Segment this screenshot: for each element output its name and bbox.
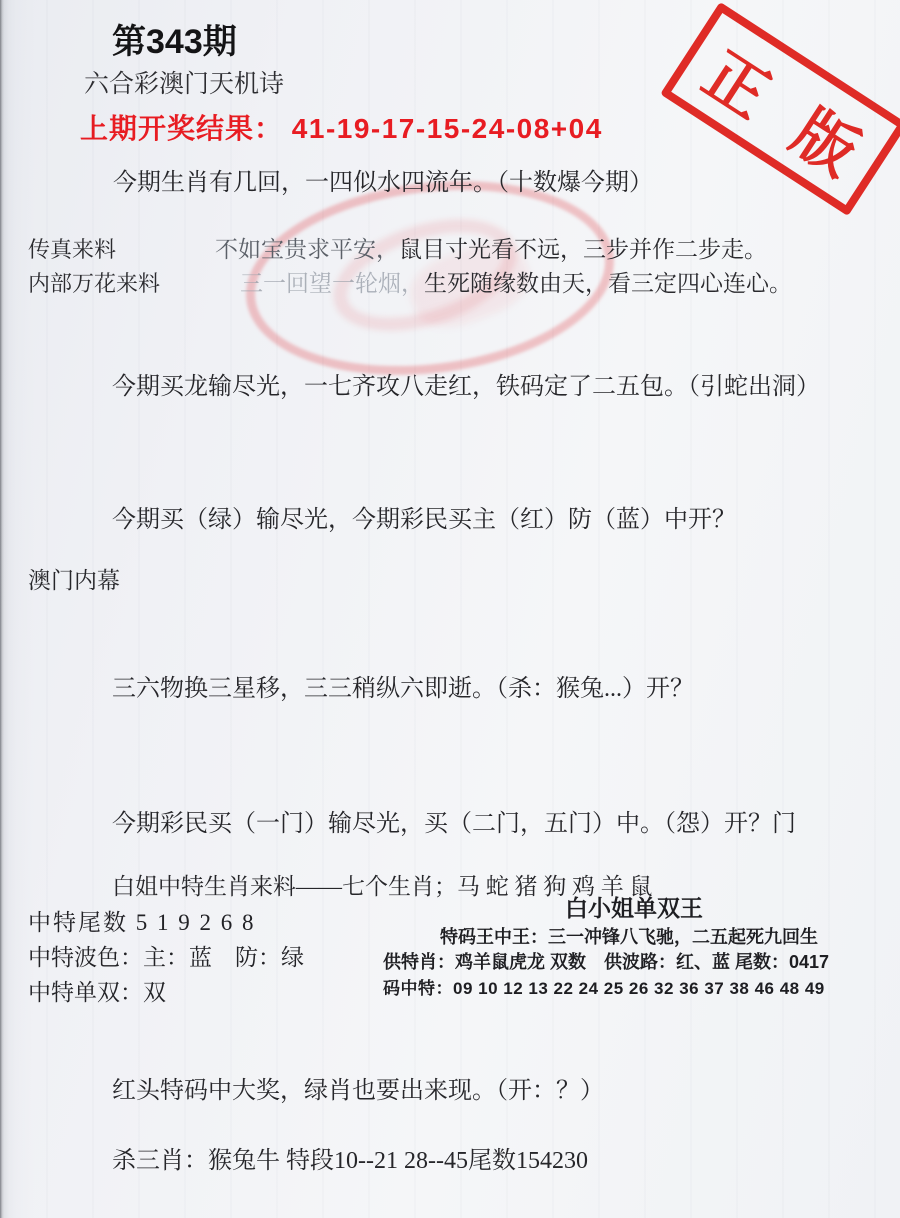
special-number-list: 码中特：09 10 12 13 22 24 25 26 32 36 37 38 … (383, 974, 825, 999)
genuine-edition-stamp: 正版 (660, 2, 900, 216)
poem-doors-hint: 今期彩民买（一门）输尽光，买（二门，五门）中。（怨）开？门 (112, 803, 796, 838)
poem-dragon-hint: 今期买龙输尽光，一七齐攻八走红，铁码定了二五包。（引蛇出洞） (112, 366, 820, 401)
poem-redhead-hint: 红头特码中大奖，绿肖也要出来现。（开：？） (112, 1070, 604, 1105)
kill-three-zodiac-line: 杀三肖：猴兔牛 特段10--21 28--45尾数154230 (112, 1140, 588, 1175)
offered-zodiac-wave-line: 供特肖：鸡羊鼠虎龙 双数 供波路：红、蓝 尾数：0417 (383, 948, 829, 974)
special-tail-numbers: 中特尾数 5 1 9 2 6 8 (28, 904, 256, 937)
fax-line1-faded-part: 不如宝贵求平安， (215, 237, 399, 262)
special-wave-colors: 中特波色：主：蓝 防：绿 (28, 939, 304, 972)
last-draw-result: 上期开奖结果： 41-19-17-15-24-08+04 (80, 112, 603, 146)
fax-line2-faded-part: 三一回望一轮烟， (240, 271, 424, 296)
page-subtitle: 六合彩澳门天机诗 (84, 64, 284, 100)
special-king-poem-line: 特码王中王：三一冲锋八飞驰，二五起死九回生 (440, 923, 818, 949)
poem-zodiac-hint: 今期生肖有几回，一四似水四流年。（十数爆今期） (113, 162, 653, 197)
fax-line2-main-part: 生死随缘数由天，看三定四心连心。 (424, 271, 792, 296)
poem-stars-hint: 三六物换三星移，三三稍纵六即逝。（杀：猴兔...）开？ (112, 668, 694, 703)
issue-title: 第343期 (112, 22, 237, 63)
special-odd-even: 中特单双：双 (28, 974, 166, 1007)
internal-source-label: 内部万花来料 (28, 267, 160, 298)
scan-left-edge (0, 0, 34, 1218)
miss-bai-block-title: 白小姐单双王 (565, 890, 703, 923)
last-draw-result-numbers: 41-19-17-15-24-08+04 (292, 113, 603, 144)
stamp-text: 正版 (689, 26, 900, 216)
poem-color-hint: 今期买（绿）输尽光，今期彩民买主（红）防（蓝）中开？ (112, 499, 736, 534)
last-draw-result-label: 上期开奖结果： (80, 113, 283, 144)
fax-poem-line-2: 三一回望一轮烟，生死随缘数由天，看三定四心连心。 (240, 265, 792, 298)
fax-poem-line-1: 不如宝贵求平安，鼠目寸光看不远，三步并作二步走。 (215, 231, 767, 264)
lottery-tip-sheet-page: 正版 第343期 六合彩澳门天机诗 上期开奖结果： 41-19-17-15-24… (0, 0, 900, 1218)
fax-source-label: 传真来料 (28, 233, 116, 264)
section-macau-insider: 澳门内幕 (28, 562, 120, 595)
fax-line1-main-part: 鼠目寸光看不远，三步并作二步走。 (399, 237, 767, 262)
